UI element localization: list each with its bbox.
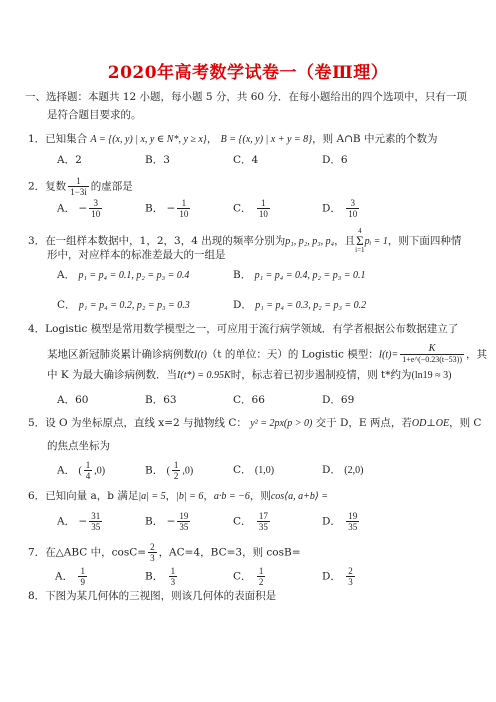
option-value: 63 [163, 394, 176, 406]
option-value: p₁ = p₄ = 0.2, p₂ = p₃ = 0.3 [79, 300, 190, 311]
option-b[interactable]: B．63 [145, 393, 177, 407]
question-3-line2: 形中，对应样本的标准差最大的一组是 [47, 248, 226, 262]
option-label: A． [57, 269, 75, 281]
denominator: 10 [346, 209, 359, 219]
option-c[interactable]: C． (1,0) [233, 463, 274, 478]
option-label: A． [57, 465, 75, 477]
sign: − [78, 516, 87, 528]
fraction: K1+e^(−0.23(t−53)) [400, 344, 464, 365]
question-number: 8． [28, 590, 45, 602]
question-text: ，则 C [449, 417, 481, 429]
denominator: 10 [89, 209, 102, 219]
denominator: 35 [257, 522, 270, 532]
fraction: 12 [172, 460, 181, 481]
option-b[interactable]: B． −1935 [145, 511, 192, 532]
sign: − [78, 203, 87, 215]
option-label: B． [145, 203, 163, 215]
numerator: 17 [257, 511, 270, 522]
math-condition: I(t*) = 0.95K [177, 370, 231, 381]
option-a[interactable]: A． p₁ = p₄ = 0.1, p₂ = p₃ = 0.4 [57, 268, 189, 283]
option-b[interactable]: B． −110 [145, 198, 192, 219]
option-label: B． [145, 465, 163, 477]
option-value: (2,0) [344, 465, 363, 476]
paren: ,0) [182, 466, 193, 477]
question-text: 在△ABC 中，cosC= [45, 547, 146, 559]
option-label: D． [322, 154, 341, 166]
numerator: 31 [89, 511, 102, 522]
math-perp: OD⊥OE [412, 418, 449, 429]
fraction: 110 [257, 198, 270, 219]
fraction: 310 [346, 198, 359, 219]
question-2: 2．复数11−3i的虚部是 [28, 176, 133, 197]
option-a[interactable]: A． −310 [57, 198, 104, 219]
math-norm-a: |a| = 5 [138, 491, 165, 502]
option-d[interactable]: D． 23 [322, 566, 357, 587]
option-c[interactable]: C． 12 [233, 566, 267, 587]
option-c[interactable]: C．66 [233, 393, 265, 407]
numerator: 19 [346, 511, 359, 522]
question-number: 1． [28, 133, 45, 145]
question-text: 中 K 为最大确诊病例数．当 [47, 369, 177, 381]
math-set-b: B = {(x, y) | x + y = 8} [221, 134, 313, 145]
denominator: 1−3i [68, 187, 89, 197]
math-set-a: A = {(x, y) | x, y ∈ N*, y ≥ x} [91, 134, 207, 145]
option-d[interactable]: D．69 [322, 393, 354, 407]
option-b[interactable]: B． (12,0) [145, 460, 193, 481]
numerator: 1 [257, 566, 266, 577]
fraction: 23 [346, 566, 355, 587]
question-text: ，则 [250, 490, 271, 502]
paren: ,0) [94, 466, 105, 477]
sign: − [167, 203, 176, 215]
question-7: 7．在△ABC 中，cosC=23，AC=4，BC=3，则 cosB= [28, 542, 301, 563]
numerator: 2 [346, 566, 355, 577]
paren: ( [78, 466, 81, 477]
numerator: 1 [172, 460, 181, 471]
math-norm-b: |b| = 6 [176, 491, 203, 502]
numerator: 1 [177, 198, 190, 209]
denominator: 35 [346, 522, 359, 532]
question-text: 已知集合 [45, 133, 87, 145]
question-text: （t 的单位：天）的 Logistic 模型： [207, 349, 379, 361]
option-label: B． [145, 516, 163, 528]
option-value: (1,0) [255, 465, 274, 476]
numerator: 1 [68, 176, 89, 187]
numerator: 1 [78, 566, 87, 577]
question-text: 下图为某几何体的三视图，则该几何体的表面积是 [45, 590, 276, 602]
fraction: 12 [257, 566, 266, 587]
question-text: ，AC=4，BC=3，则 cosB= [159, 547, 301, 559]
option-label: D． [322, 516, 341, 528]
option-label: C． [233, 394, 252, 406]
question-text: 已知向量 a，b 满足 [45, 490, 138, 502]
denominator: 9 [78, 577, 87, 587]
option-label: C． [233, 571, 252, 583]
option-a[interactable]: A．60 [57, 393, 88, 407]
fraction: 19 [78, 566, 87, 587]
option-label: D． [322, 571, 341, 583]
option-a[interactable]: A． (14,0) [57, 460, 105, 481]
option-b[interactable]: B． 13 [145, 566, 179, 587]
option-label: A． [57, 394, 75, 406]
option-b[interactable]: B．3 [145, 153, 170, 167]
denominator: 2 [172, 471, 181, 481]
option-d[interactable]: D． 310 [322, 198, 361, 219]
option-value: 66 [252, 394, 265, 406]
math-sum: pᵢ = 1 [365, 236, 388, 247]
denominator: 1+e^(−0.23(t−53)) [400, 355, 464, 365]
question-text: 交于 D，E 两点，若 [316, 417, 412, 429]
fraction: 23 [148, 542, 157, 563]
option-label: C． [233, 464, 252, 476]
numerator: K [400, 344, 464, 355]
separator: ， [166, 490, 177, 502]
question-4-line3: 中 K 为最大确诊病例数．当I(t*) = 0.95K时，标志着已初步遏制疫情，… [47, 368, 451, 383]
summation: 4Σi=1 [355, 228, 364, 254]
question-text: 时，标志着已初步遏制疫情，则 t*约为 [231, 369, 412, 381]
fraction: 3135 [89, 511, 102, 532]
paren: ( [167, 466, 170, 477]
question-text: ，则 A∩B 中元素的个数为 [312, 133, 437, 145]
math-parabola: y² = 2px(p > 0) [250, 418, 312, 429]
math-cos: cos⟨a, a+b⟩ = [271, 491, 328, 502]
fraction: 110 [177, 198, 190, 219]
option-label: A． [57, 154, 75, 166]
option-c[interactable]: C．4 [233, 153, 258, 167]
question-number: 3． [28, 235, 45, 247]
denominator: 3 [169, 577, 178, 587]
option-d[interactable]: D． 1935 [322, 511, 361, 532]
denominator: 35 [89, 522, 102, 532]
numerator: 3 [89, 198, 102, 209]
option-d[interactable]: D．6 [322, 153, 348, 167]
option-label: C． [233, 203, 252, 215]
option-b[interactable]: B． p₁ = p₄ = 0.4, p₂ = p₃ = 0.1 [233, 268, 365, 283]
question-text: ，则下面四种情 [388, 235, 462, 247]
numerator: 1 [257, 198, 270, 209]
denominator: 3 [346, 577, 355, 587]
question-number: 2． [28, 181, 45, 193]
option-label: B． [145, 394, 163, 406]
fraction: 11−3i [68, 176, 89, 197]
question-5: 5．设 O 为坐标原点，直线 x=2 与抛物线 C： y² = 2px(p > … [28, 416, 481, 431]
option-d[interactable]: D． p₁ = p₄ = 0.3, p₂ = p₃ = 0.2 [233, 298, 366, 313]
fraction: 310 [89, 198, 102, 219]
question-text: 的虚部是 [91, 181, 133, 193]
math-hint: (ln19 ≈ 3) [412, 370, 452, 381]
sign: − [167, 516, 176, 528]
fraction: 14 [84, 460, 93, 481]
option-label: B． [145, 571, 163, 583]
section-instructions-line1: 一、选择题：本题共 12 小题，每小题 5 分，共 60 分．在每小题给出的四个… [25, 90, 467, 104]
denominator: 3 [148, 553, 157, 563]
option-label: A． [55, 571, 73, 583]
question-1: 1．已知集合 A = {(x, y) | x, y ∈ N*, y ≥ x}， … [28, 132, 437, 147]
denominator: 2 [257, 577, 266, 587]
option-label: D． [322, 464, 341, 476]
separator: ， [203, 490, 214, 502]
numerator: 1 [84, 460, 93, 471]
fraction: 13 [169, 566, 178, 587]
question-5-line2: 的焦点坐标为 [47, 439, 110, 453]
option-a[interactable]: A． −3135 [57, 511, 104, 532]
option-value: 6 [341, 154, 348, 166]
question-6: 6．已知向量 a，b 满足|a| = 5，|b| = 6，a·b = −6，则c… [28, 489, 328, 504]
denominator: 35 [177, 522, 190, 532]
option-label: B． [233, 269, 251, 281]
option-label: C． [57, 299, 76, 311]
question-text: 复数 [45, 181, 66, 193]
question-text: 在一组样本数据中，1，2，3，4 出现的频率分别为 [45, 235, 285, 247]
numerator: 1 [169, 566, 178, 577]
question-4-line2: 某地区新冠肺炎累计确诊病例数I(t)（t 的单位：天）的 Logistic 模型… [47, 344, 487, 365]
option-label: A． [57, 516, 75, 528]
question-4: 4．Logistic 模型是常用数学模型之一，可应用于流行病学领域．有学者根据公… [28, 322, 458, 336]
denominator: 10 [257, 209, 270, 219]
option-value: p₁ = p₄ = 0.3, p₂ = p₃ = 0.2 [255, 300, 366, 311]
option-label: D． [322, 394, 341, 406]
question-text: ，其 [466, 349, 487, 361]
option-value: 69 [341, 394, 354, 406]
question-text: 设 O 为坐标原点，直线 x=2 与抛物线 C： [45, 417, 247, 429]
question-text: 某地区新冠肺炎累计确诊病例数 [47, 349, 194, 361]
question-number: 6． [28, 490, 45, 502]
option-a[interactable]: A． 19 [55, 566, 89, 587]
question-number: 7． [28, 547, 45, 559]
question-8: 8．下图为某几何体的三视图，则该几何体的表面积是 [28, 589, 276, 603]
math-model: I(t)= [379, 350, 399, 361]
numerator: 2 [148, 542, 157, 553]
option-value: 2 [75, 154, 82, 166]
option-label: D． [322, 203, 341, 215]
option-value: 3 [163, 154, 170, 166]
section-instructions-line2: 是符合题目要求的。 [47, 108, 142, 122]
sum-lower: i=1 [355, 246, 364, 254]
math-frequencies: p₁, p₂, p₃, p₄ [285, 236, 334, 247]
fraction: 1935 [346, 511, 359, 532]
option-label: A． [57, 203, 75, 215]
option-label: C． [233, 154, 252, 166]
exam-title: 2020年高考数学试卷一（卷Ⅲ理） [0, 58, 496, 83]
option-label: C． [233, 516, 252, 528]
option-c[interactable]: C． 110 [233, 198, 272, 219]
option-value: 4 [252, 154, 259, 166]
question-number: 5． [28, 417, 45, 429]
option-value: p₁ = p₄ = 0.1, p₂ = p₃ = 0.4 [78, 270, 189, 281]
option-value: 60 [75, 394, 88, 406]
denominator: 10 [177, 209, 190, 219]
numerator: 19 [177, 511, 190, 522]
denominator: 4 [84, 471, 93, 481]
option-c[interactable]: C． 1735 [233, 511, 272, 532]
separator: ， [207, 133, 218, 145]
option-a[interactable]: A．2 [57, 153, 82, 167]
fraction: 1735 [257, 511, 270, 532]
option-d[interactable]: D． (2,0) [322, 463, 363, 478]
option-label: D． [233, 299, 252, 311]
math-it: I(t) [194, 350, 207, 361]
numerator: 3 [346, 198, 359, 209]
option-label: B． [145, 154, 163, 166]
option-value: p₁ = p₄ = 0.4, p₂ = p₃ = 0.1 [255, 270, 366, 281]
math-dot: a·b = −6 [214, 491, 250, 502]
fraction: 1935 [177, 511, 190, 532]
question-text: ，且 [334, 235, 355, 247]
option-c[interactable]: C． p₁ = p₄ = 0.2, p₂ = p₃ = 0.3 [57, 298, 190, 313]
